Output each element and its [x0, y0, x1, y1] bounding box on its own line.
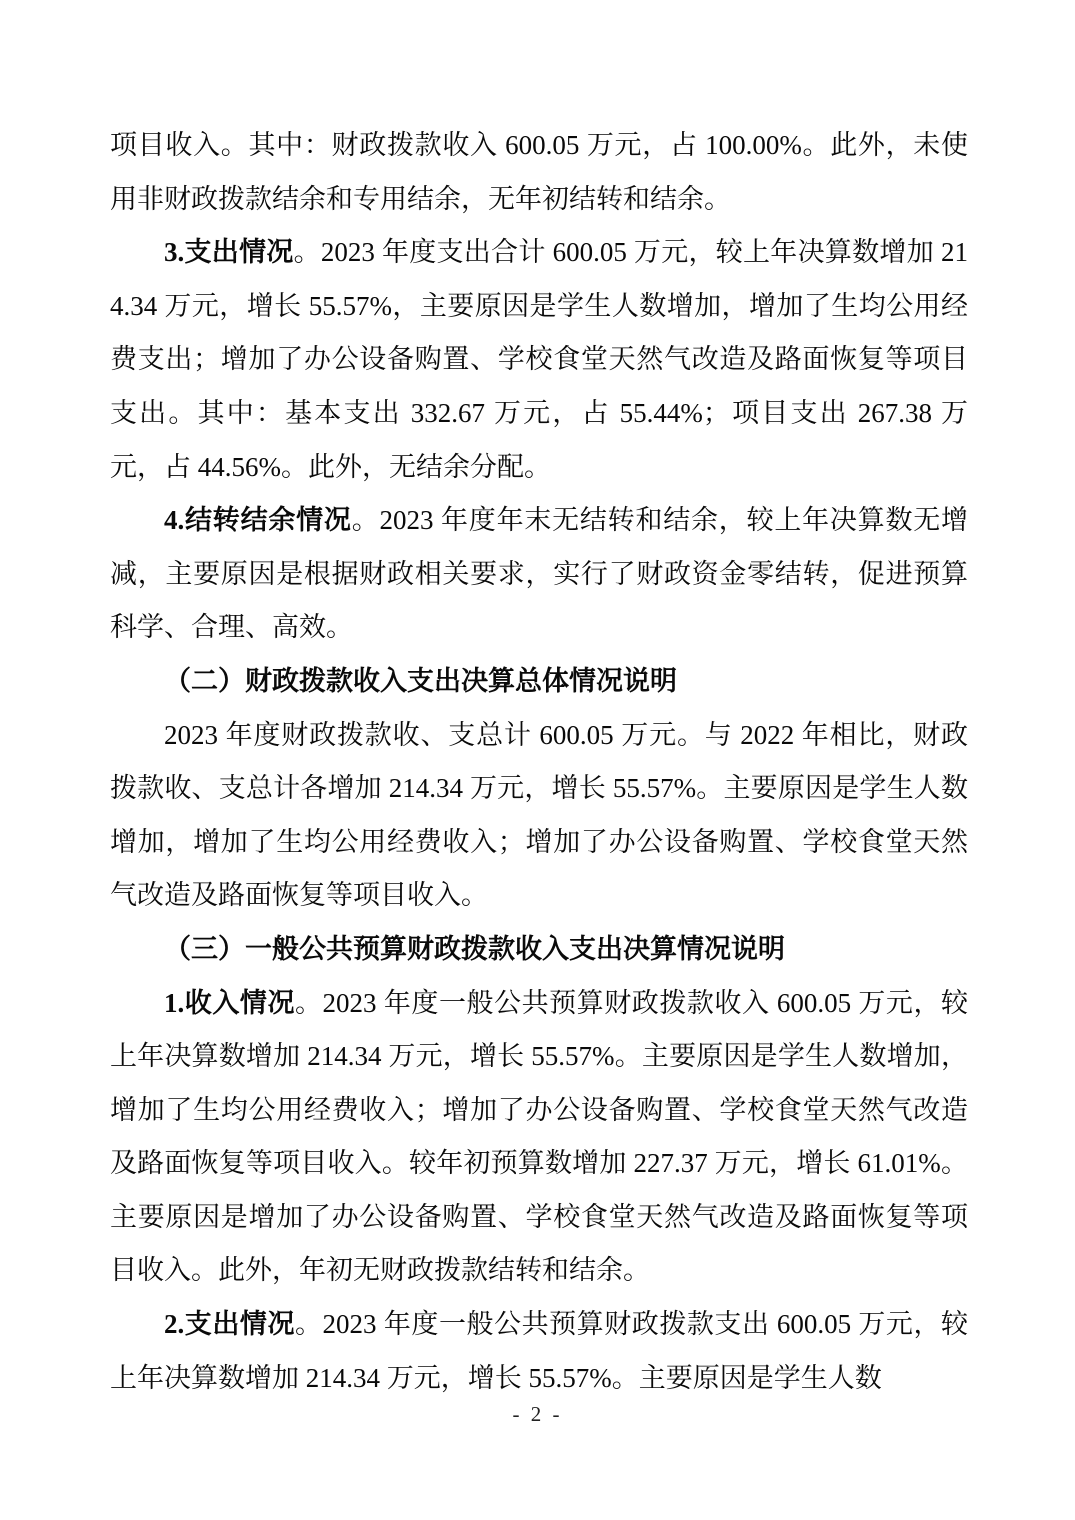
paragraph-general-budget-expenditure: 2.支出情况。2023 年度一般公共预算财政拨款支出 600.05 万元，较上年…	[110, 1298, 968, 1405]
paragraph-text: 2023 年度财政拨款收、支总计 600.05 万元。与 2022 年相比，财政…	[110, 720, 968, 911]
document-page: 项目收入。其中：财政拨款收入 600.05 万元，占 100.00%。此外，未使…	[0, 0, 1075, 1520]
paragraph-bold-label: 4.结转结余情况	[164, 505, 352, 535]
paragraph-fiscal-appropriation-total: 2023 年度财政拨款收、支总计 600.05 万元。与 2022 年相比，财政…	[110, 709, 968, 923]
paragraph-bold-label: 3.支出情况	[164, 237, 294, 267]
paragraph-bold-label: 2.支出情况	[164, 1309, 295, 1339]
document-body: 项目收入。其中：财政拨款收入 600.05 万元，占 100.00%。此外，未使…	[110, 119, 968, 1405]
paragraph-text: 项目收入。其中：财政拨款收入 600.05 万元，占 100.00%。此外，未使…	[110, 130, 968, 214]
paragraph-carryover-balance: 4.结转结余情况。2023 年度年末无结转和结余，较上年决算数无增减，主要原因是…	[110, 494, 968, 655]
paragraph-general-budget-income: 1.收入情况。2023 年度一般公共预算财政拨款收入 600.05 万元，较上年…	[110, 977, 968, 1299]
heading-text: （二）财政拨款收入支出决算总体情况说明	[164, 666, 677, 696]
heading-text: （三）一般公共预算财政拨款收入支出决算情况说明	[164, 934, 785, 964]
paragraph-carryover-income: 项目收入。其中：财政拨款收入 600.05 万元，占 100.00%。此外，未使…	[110, 119, 968, 226]
paragraph-text: 。2023 年度支出合计 600.05 万元，较上年决算数增加 214.34 万…	[110, 237, 968, 481]
paragraph-text: 。2023 年度一般公共预算财政拨款收入 600.05 万元，较上年决算数增加 …	[110, 988, 968, 1286]
section-heading-fiscal-appropriation: （二）财政拨款收入支出决算总体情况说明	[110, 655, 968, 709]
paragraph-bold-label: 1.收入情况	[164, 988, 295, 1018]
section-heading-general-public-budget: （三）一般公共预算财政拨款收入支出决算情况说明	[110, 923, 968, 977]
paragraph-expenditure-overview: 3.支出情况。2023 年度支出合计 600.05 万元，较上年决算数增加 21…	[110, 226, 968, 494]
page-number: - 2 -	[0, 1402, 1075, 1427]
